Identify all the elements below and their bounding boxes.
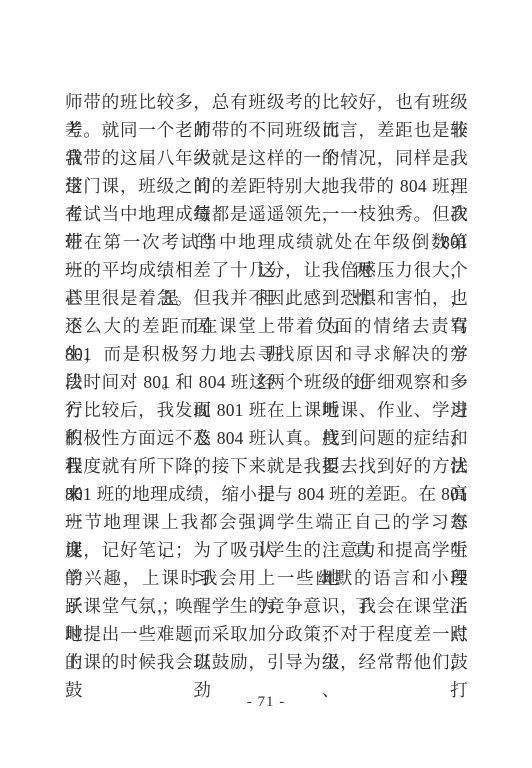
text-line: 班在第一次考试当中地理成绩就处在年级倒数第一，这两个 — [65, 228, 468, 256]
text-line: 地提出一些难题，采取加分政策；对于程度差一点的班级， — [65, 620, 468, 648]
text-line: 课，记好笔记；为了吸引学生的注意力和提高学生学习地理 — [65, 536, 468, 564]
text-line: 的兴趣，上课时我会用上一些幽默的语言和小段子；为了活 — [65, 564, 468, 592]
document-page: 师带的班比较多，总有班级考的比较好，也有班级考的比较差。就同一个老师带的不同班级… — [0, 0, 532, 768]
text-line: 一节地理课上我都会强调学生端正自己的学习态度，认真听 — [65, 508, 468, 536]
body-text: 师带的班比较多，总有班级考的比较好，也有班级考的比较差。就同一个老师带的不同班级… — [65, 88, 468, 676]
text-line: 积极性方面远不及 804 班认真。找到问题的症结，我的担忧 — [65, 424, 468, 452]
text-line: 上课的时候我会以鼓励，引导为主，经常帮他们鼓鼓劲、打 — [65, 648, 468, 676]
text-line: 我带的这届八年级就是这样的一个情况，同样是我带的地理 — [65, 144, 468, 172]
text-line: 班的平均成绩相差了十几分，让我倍感压力很大，甚是担忧， — [65, 256, 468, 284]
text-line: 跃课堂气氛，唤醒学生的竞争意识，我会在课堂上时而不时 — [65, 592, 468, 620]
text-line: 行比较后，我发现 801 班在上课听课、作业、学习的态度和 — [65, 396, 468, 424]
text-line: 段时间对 801 和 804 班这两个班级的仔细观察和多方面地进 — [65, 368, 468, 396]
text-line: 这么大的差距而在课堂上带着负面的情绪去责骂 801 班学 — [65, 312, 468, 340]
text-line: 师带的班比较多，总有班级考的比较好，也有班级考的比较 — [65, 88, 468, 116]
text-line: 生，而是积极努力地去寻找原因和寻求解决的方法。经过一 — [65, 340, 468, 368]
text-line: 这门课，班级之间的差距特别大。我带的 804 班，在每一次 — [65, 172, 468, 200]
text-line: 心里很是着急。但我并不因此感到恐惧和害怕，也不因为有 — [65, 284, 468, 312]
page-number: - 71 - — [0, 694, 532, 711]
text-line: 差。就同一个老师带的不同班级而言，差距也是非常大的。 — [65, 116, 468, 144]
text-line: 考试当中地理成绩都是遥遥领先，一枝独秀。但我带的 801 — [65, 200, 468, 228]
text-line: 801 班的地理成绩，缩小于与 804 班的差距。在 801 班，每 — [65, 480, 468, 508]
text-line: 程度就有所下降，接下来就是我要去找到好的方法来提高 — [65, 452, 468, 480]
